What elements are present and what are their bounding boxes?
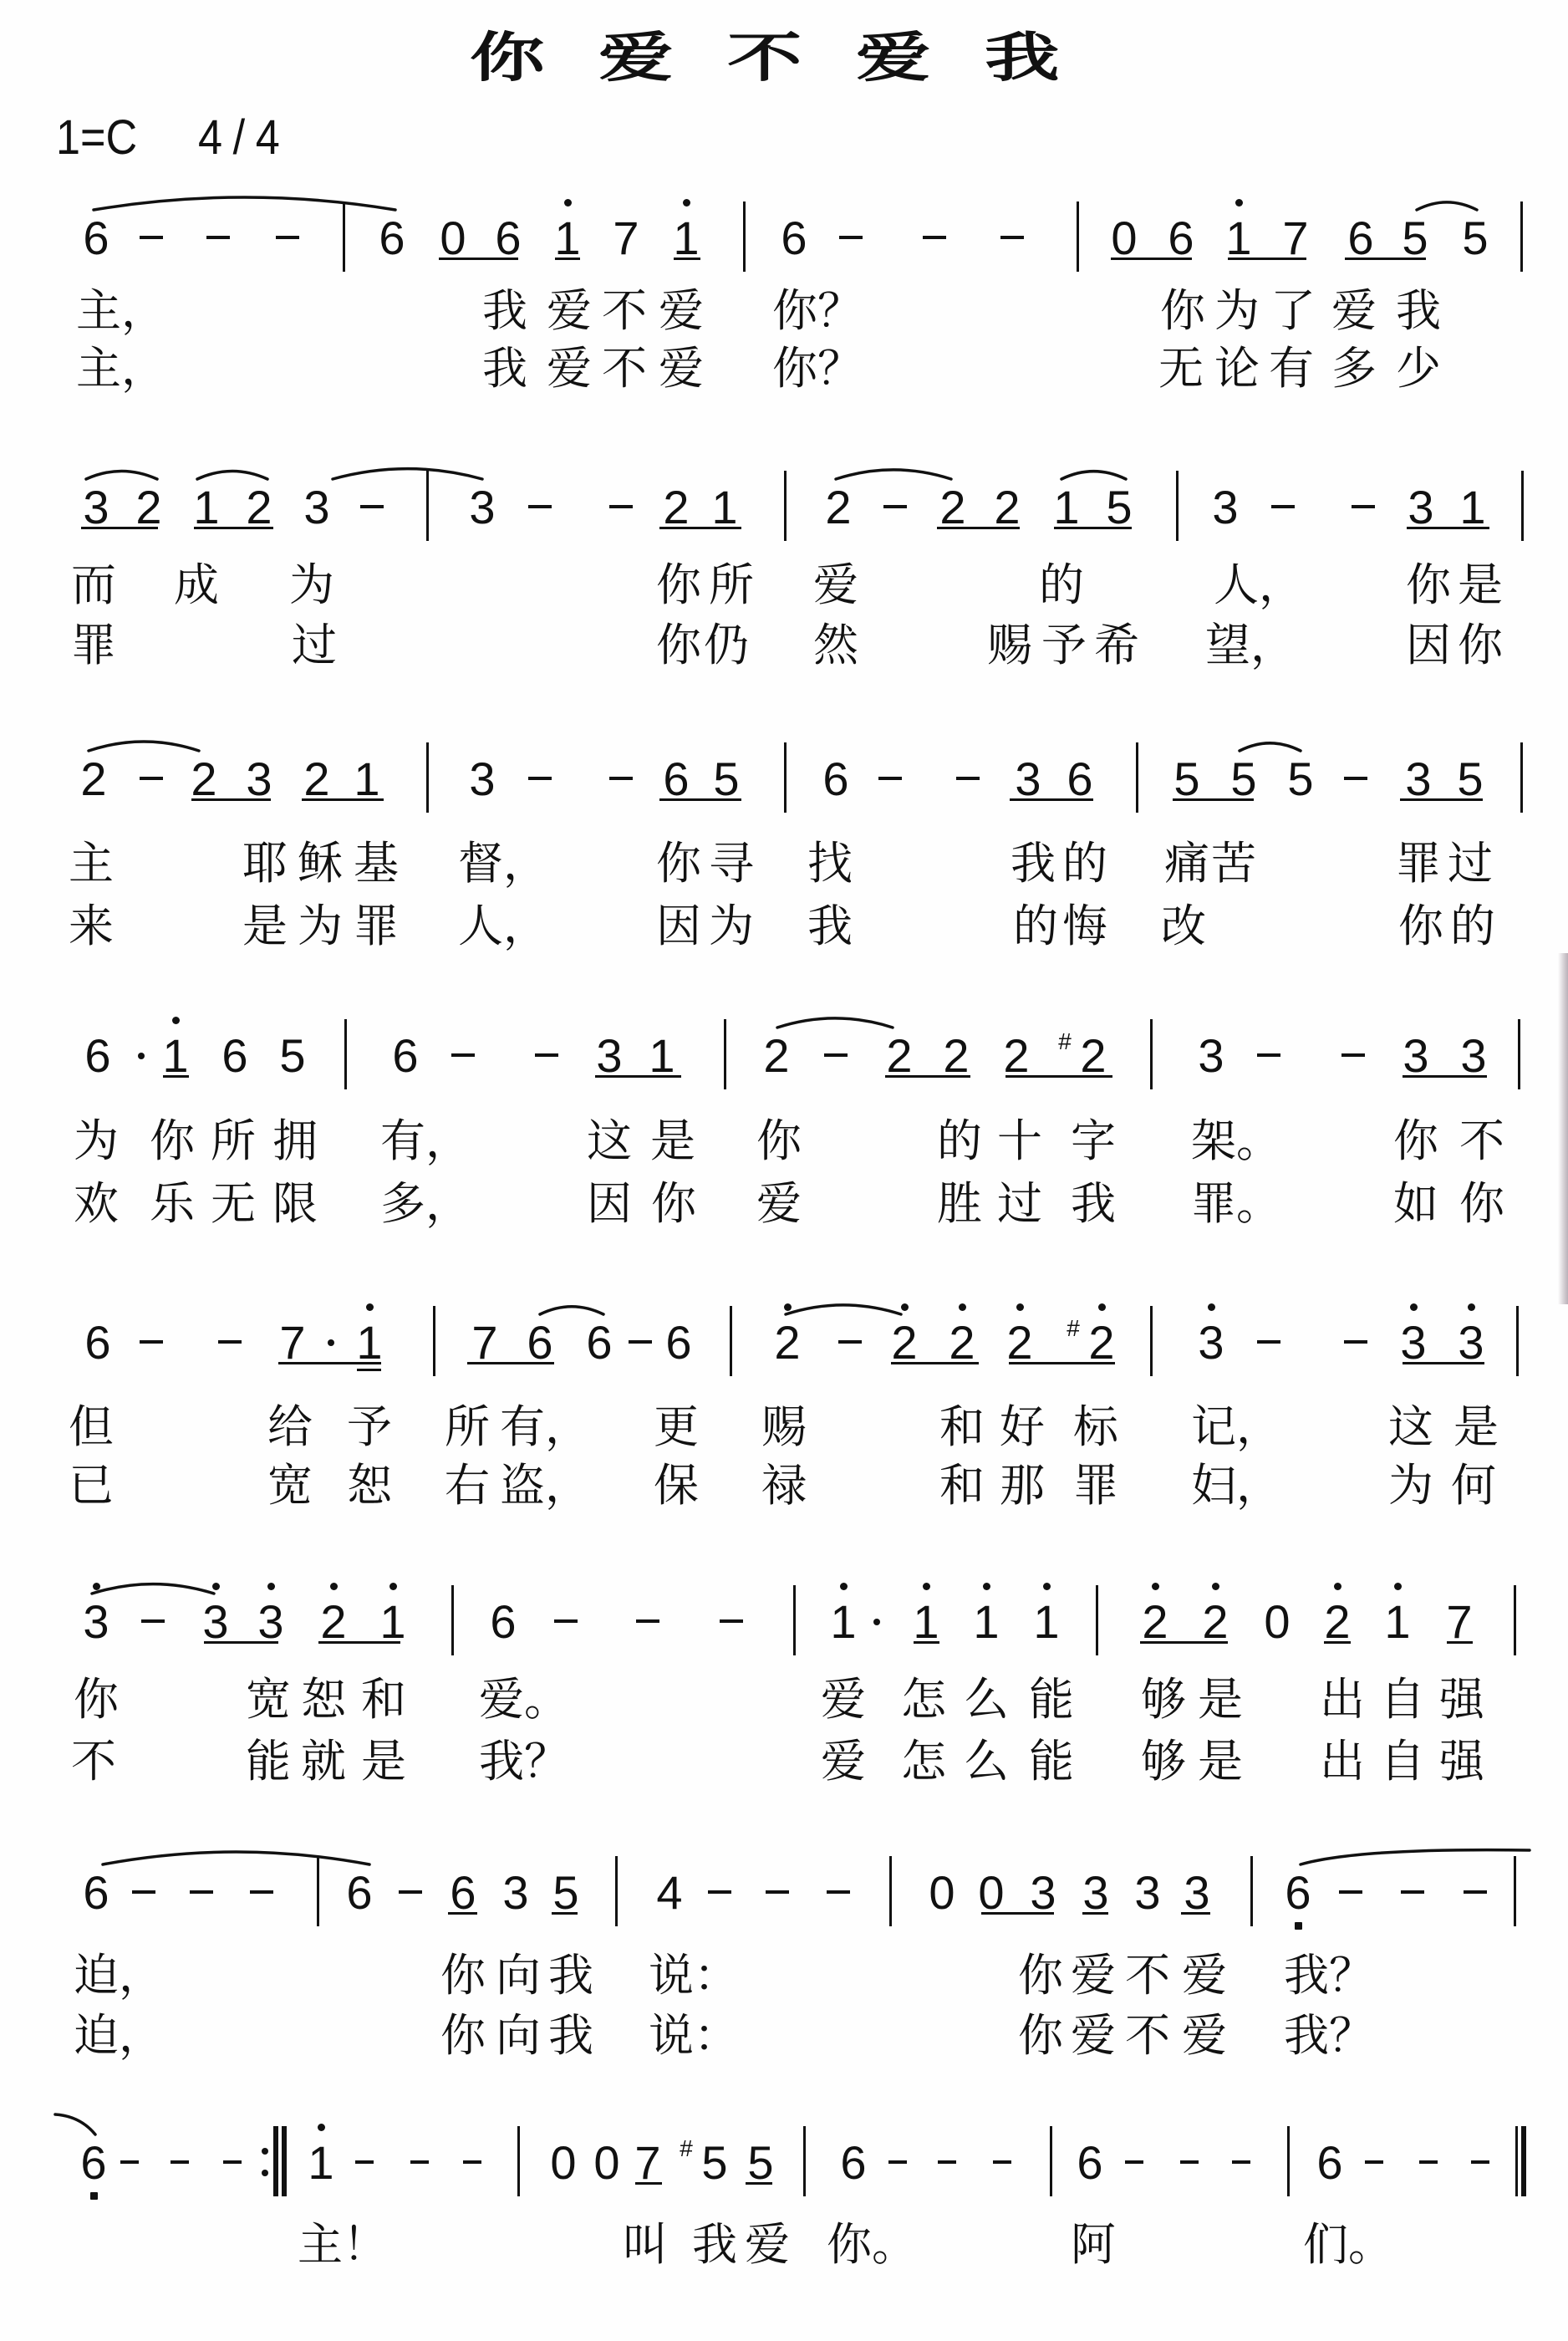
- tie-arc: [1301, 1850, 1530, 1864]
- tie-arc: [197, 471, 267, 479]
- tie-arc: [777, 1018, 893, 1028]
- tie-arc: [92, 1584, 214, 1594]
- tie-arc: [1417, 202, 1477, 210]
- tie-arc: [55, 2114, 95, 2134]
- tie-arc: [540, 1307, 603, 1314]
- tie-arc: [86, 471, 157, 479]
- sheet-music-page: 你爱不爱我 1=C 4/4 6---6061716---0617655主，我爱不…: [0, 0, 1568, 2341]
- tie-arc: [1240, 743, 1301, 751]
- tie-arc: [836, 470, 951, 479]
- tie-arc: [103, 1852, 369, 1864]
- tie-arc: [333, 469, 482, 479]
- tie-arc: [94, 197, 395, 210]
- tie-arc: [786, 1305, 901, 1314]
- tie-layer: [0, 0, 1568, 2341]
- tie-arc: [1061, 472, 1126, 479]
- scan-edge-shadow: [1558, 953, 1568, 1304]
- tie-arc: [89, 742, 199, 751]
